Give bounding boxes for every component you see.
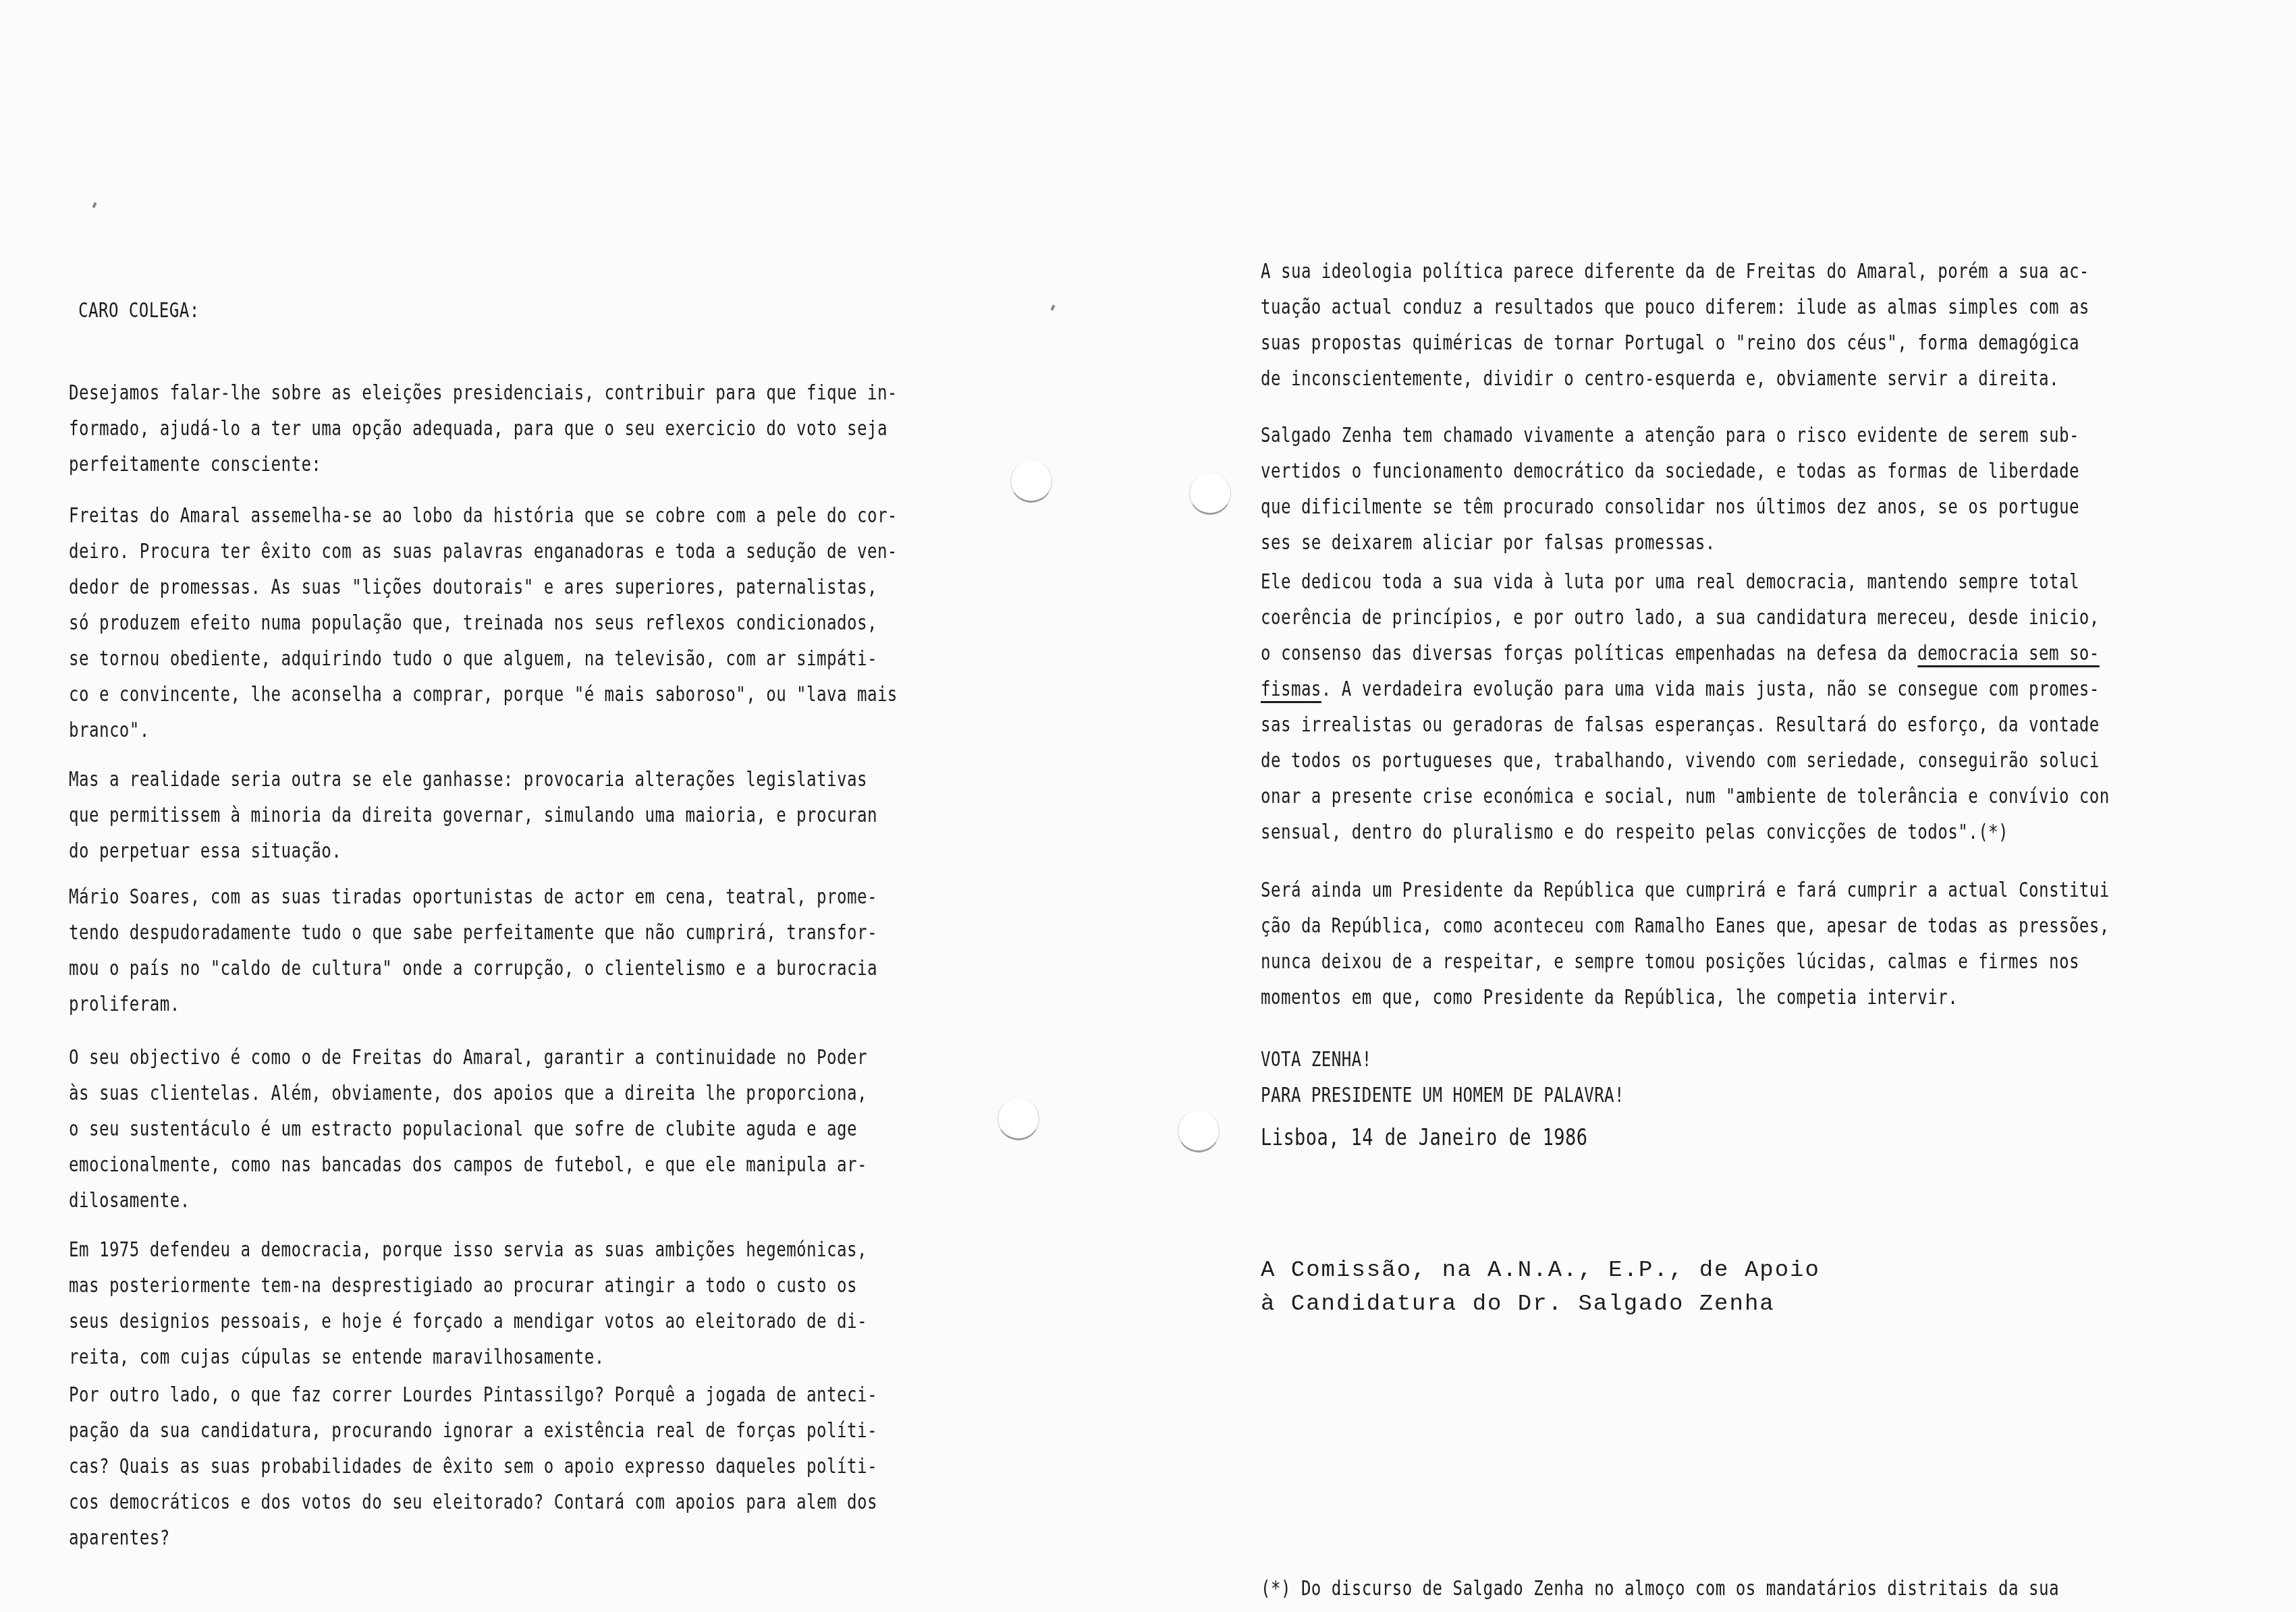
paragraph-line: Freitas do Amaral assemelha-se ao lobo d… xyxy=(69,503,898,528)
paragraph-line: perfeitamente consciente: xyxy=(69,452,321,476)
paragraph-line: deiro. Procura ter êxito com as suas pal… xyxy=(69,539,898,563)
signature-line-2: à Candidatura do Dr. Salgado Zenha xyxy=(1261,1292,1775,1316)
paragraph-line: tendo despudoradamente tudo o que sabe p… xyxy=(69,920,877,945)
paragraph-line: aparentes? xyxy=(69,1526,170,1550)
salutation: CARO COLEGA: xyxy=(78,298,200,323)
place-date: Lisboa, 14 de Janeiro de 1986 xyxy=(1261,1125,1587,1150)
paragraph-line: onar a presente crise económica e social… xyxy=(1261,784,2110,808)
paragraph-line: Por outro lado, o que faz correr Lourdes… xyxy=(69,1383,877,1407)
paragraph-line: só produzem efeito numa população que, t… xyxy=(69,611,877,635)
paragraph-line: o seu sustentáculo é um estracto populac… xyxy=(69,1117,857,1141)
punch-hole-icon xyxy=(1178,1110,1220,1152)
paragraph-line: Desejamos falar-lhe sobre as eleições pr… xyxy=(69,381,898,405)
paragraph-line: mas posteriormente tem-na desprestigiado… xyxy=(69,1273,857,1298)
paragraph-line: Salgado Zenha tem chamado vivamente a at… xyxy=(1261,423,2079,447)
paragraph-line: suas propostas quiméricas de tornar Port… xyxy=(1261,331,2079,355)
paragraph-line: dilosamente. xyxy=(69,1188,190,1213)
punch-hole-icon xyxy=(1189,472,1231,515)
paragraph-line: que dificilmente se têm procurado consol… xyxy=(1261,495,2079,519)
underlined-phrase: fismas xyxy=(1261,677,1321,700)
paper-speck xyxy=(1050,305,1055,311)
paragraph-line: de todos os portugueses que, trabalhando… xyxy=(1261,748,2100,773)
footnote: (*) Do discurso de Salgado Zenha no almo… xyxy=(1261,1576,2059,1601)
paragraph-line: Mário Soares, com as suas tiradas oportu… xyxy=(69,885,877,909)
paper-speck xyxy=(92,202,97,209)
paragraph-line: que permitissem à minoria da direita gov… xyxy=(69,803,877,827)
paragraph-line: Mas a realidade seria outra se ele ganha… xyxy=(69,767,867,791)
paragraph-line: branco". xyxy=(69,718,150,742)
left-page: CARO COLEGA: Desejamos falar-lhe sobre a… xyxy=(0,0,1147,1612)
punch-hole-icon xyxy=(1010,460,1052,503)
paragraph-line: Será ainda um Presidente da República qu… xyxy=(1261,878,2110,902)
paragraph-line: cas? Quais as suas probabilidades de êxi… xyxy=(69,1454,877,1478)
signature-line-1: A Comissão, na A.N.A., E.P., de Apoio xyxy=(1261,1258,1820,1283)
paragraph-line: sensual, dentro do pluralismo e do respe… xyxy=(1261,820,2008,844)
paragraph-line: mou o país no "caldo de cultura" onde a … xyxy=(69,956,877,980)
paragraph-line: Ele dedicou toda a sua vida à luta por u… xyxy=(1261,569,2079,594)
paragraph-line: dedor de promessas. As suas "lições dout… xyxy=(69,575,877,599)
paragraph-line: O seu objectivo é como o de Freitas do A… xyxy=(69,1045,867,1069)
paragraph-line: reita, com cujas cúpulas se entende mara… xyxy=(69,1345,605,1369)
paragraph-line: co e convincente, lhe aconselha a compra… xyxy=(69,682,898,706)
paragraph-line: se tornou obediente, adquirindo tudo o q… xyxy=(69,646,877,671)
paragraph-line: nunca deixou de a respeitar, e sempre to… xyxy=(1261,949,2079,974)
paragraph-line: sas irrealistas ou geradoras de falsas e… xyxy=(1261,713,2100,737)
paragraph-line: seus designios pessoais, e hoje é forçad… xyxy=(69,1309,867,1333)
paragraph-line: proliferam. xyxy=(69,992,180,1016)
paragraph-line: cos democráticos e dos votos do seu elei… xyxy=(69,1490,877,1514)
underlined-phrase: democracia sem so- xyxy=(1917,642,2100,665)
paragraph-line: momentos em que, como Presidente da Repú… xyxy=(1261,985,1958,1009)
paragraph-line: vertidos o funcionamento democrático da … xyxy=(1261,459,2079,483)
paragraph-line: do perpetuar essa situação. xyxy=(69,839,341,863)
paragraph-line: ses se deixarem aliciar por falsas prome… xyxy=(1261,530,1716,555)
paragraph-line: formado, ajudá-lo a ter uma opção adequa… xyxy=(69,416,887,441)
paragraph-line: ção da República, como aconteceu com Ram… xyxy=(1261,914,2110,938)
paragraph-line: pação da sua candidatura, procurando ign… xyxy=(69,1418,877,1443)
paragraph-line: às suas clientelas. Além, obviamente, do… xyxy=(69,1081,867,1105)
paragraph-line: o consenso das diversas forças políticas… xyxy=(1261,641,2100,665)
slogan-vote-zenha: VOTA ZENHA! xyxy=(1261,1047,1372,1072)
paragraph-line: Em 1975 defendeu a democracia, porque is… xyxy=(69,1238,867,1262)
paragraph-line: coerência de princípios, e por outro lad… xyxy=(1261,605,2100,630)
paragraph-line: A sua ideologia política parece diferent… xyxy=(1261,259,2089,283)
slogan-man-of-word: PARA PRESIDENTE UM HOMEM DE PALAVRA! xyxy=(1261,1083,1624,1107)
punch-hole-icon xyxy=(997,1098,1039,1140)
paragraph-line: fismas. A verdadeira evolução para uma v… xyxy=(1261,677,2100,701)
paragraph-line: tuação actual conduz a resultados que po… xyxy=(1261,295,2089,319)
paragraph-line: emocionalmente, como nas bancadas dos ca… xyxy=(69,1152,867,1177)
paragraph-line: de inconscientemente, dividir o centro-e… xyxy=(1261,366,2059,391)
right-page: A sua ideologia política parece diferent… xyxy=(1147,0,2296,1612)
